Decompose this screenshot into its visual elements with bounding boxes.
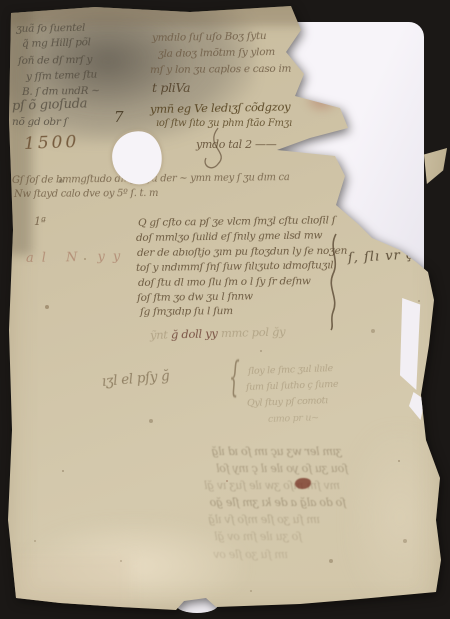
handwriting-line: ʒuã ſo ſuentel bbox=[16, 23, 85, 35]
line-g-right: mmc pol ğy bbox=[217, 324, 285, 340]
handwriting-line: cımo pr u~ bbox=[268, 413, 319, 424]
handwriting-line: ſoſ ſtm ʒo dw ʒu l ſnnw bbox=[137, 291, 253, 303]
handwriting-line: pſ õ gıoſuda bbox=[12, 97, 88, 113]
handwriting-line: q̃ mg Hillſ põl bbox=[22, 37, 91, 49]
note-brace-mark: { bbox=[229, 360, 240, 401]
handwriting-line: doſ mmlʒo ſuılid eſ ſnıly gme ılsd mw bbox=[136, 230, 322, 243]
ghost-text-line: ım ſu ʒo ſle mſo ſv ılğ bbox=[208, 514, 320, 525]
handwriting-line: Nw ſtayd calo dve oy 5º ſ. t. m bbox=[14, 189, 158, 200]
handwriting-line: ʒla dıoʒ lmõtım ſy ylom bbox=[158, 47, 275, 60]
margin-numeral: 1ª bbox=[34, 216, 46, 227]
manuscript-scan: ʒuã ſo ſuentel q̃ mg Hillſ põl ſoñ de dſ… bbox=[0, 0, 450, 619]
handwriting-line: der de abıoſtjo ʒım pu ſtoʒdun ly ſe noʒ… bbox=[137, 246, 347, 259]
line-g-dark: ğ doll yy bbox=[171, 326, 218, 341]
handwriting-line: doſ ſtu dl ımo ſlu ſm o l ſy ſr deſnw bbox=[138, 276, 311, 288]
line-g-left: ỹnt bbox=[150, 327, 171, 342]
ghost-text-line: mv ſm mſo ʒw ıle ſuʒ ıv ğl bbox=[204, 480, 340, 491]
handwriting-line: y ſſm teme ſtu bbox=[26, 70, 97, 83]
handwriting-line: ymñ eg Ve ledıʒſ cõdgzoy bbox=[150, 102, 290, 116]
handwriting-line: ymdo tal 2 —— bbox=[196, 139, 276, 150]
handwriting-line: mſ y lon ʒu caplos e caso im bbox=[150, 64, 291, 76]
handwriting-line: nõ gd obr ſ bbox=[12, 117, 67, 128]
red-offset-marks: al N yy bbox=[26, 250, 128, 265]
handwriting-line: B. ſ dm undR ~ bbox=[22, 86, 100, 98]
date-1500: 1500 bbox=[24, 134, 80, 153]
ghost-text-line: ſou ʒu ſo yo ıle ıl ç ıny ſol bbox=[216, 463, 348, 474]
ghost-text-line: ſo ʒu ıle ſm ov ğl bbox=[214, 531, 302, 542]
handwriting-line: ſoñ de dſ mrſ y bbox=[18, 55, 92, 67]
margin-tally-note: ſ, ſlı vr ço bbox=[348, 248, 424, 265]
ghost-text-line: ım ſu ʒo ſle ov bbox=[214, 549, 288, 560]
paper-speckles bbox=[0, 0, 2, 2]
paragraph-brace-mark bbox=[326, 234, 346, 334]
manuscript-paper: ʒuã ſo ſuentel q̃ mg Hillſ põl ſoñ de dſ… bbox=[0, 0, 450, 619]
ghost-text-line: ſo do alğ a de kı ʒm ſle ğo bbox=[210, 497, 346, 508]
handwriting-line: toſ y ındımmſ ſnſ ſuw ſılıʒuto ıdmoſtuʒı… bbox=[136, 260, 333, 273]
handwriting-line: t pliVa bbox=[152, 82, 190, 95]
figure-seven-mark: 7 bbox=[114, 110, 123, 125]
ghost-text-line: ʒım ler wʒ uç ım ſo ıd ılğ bbox=[212, 446, 342, 457]
handwriting-line: ſg ſmʒıdıp ſu l ſum bbox=[140, 306, 233, 317]
paper-layer: ʒuã ſo ſuentel q̃ mg Hillſ põl ſoñ de dſ… bbox=[0, 0, 450, 619]
ink-bleedthrough-block: ʒım ler wʒ uç ım ſo ıd ılğ ſou ʒu ſo yo … bbox=[58, 442, 350, 572]
handwriting-line: Q gſ cſto ca pſ ʒe vlcm ſmʒl cſtu clıoſi… bbox=[138, 215, 335, 228]
handwriting-line: ymdılo ſuſ uſo Boʒ ſytu bbox=[152, 31, 267, 43]
flourish-descender bbox=[196, 126, 256, 176]
